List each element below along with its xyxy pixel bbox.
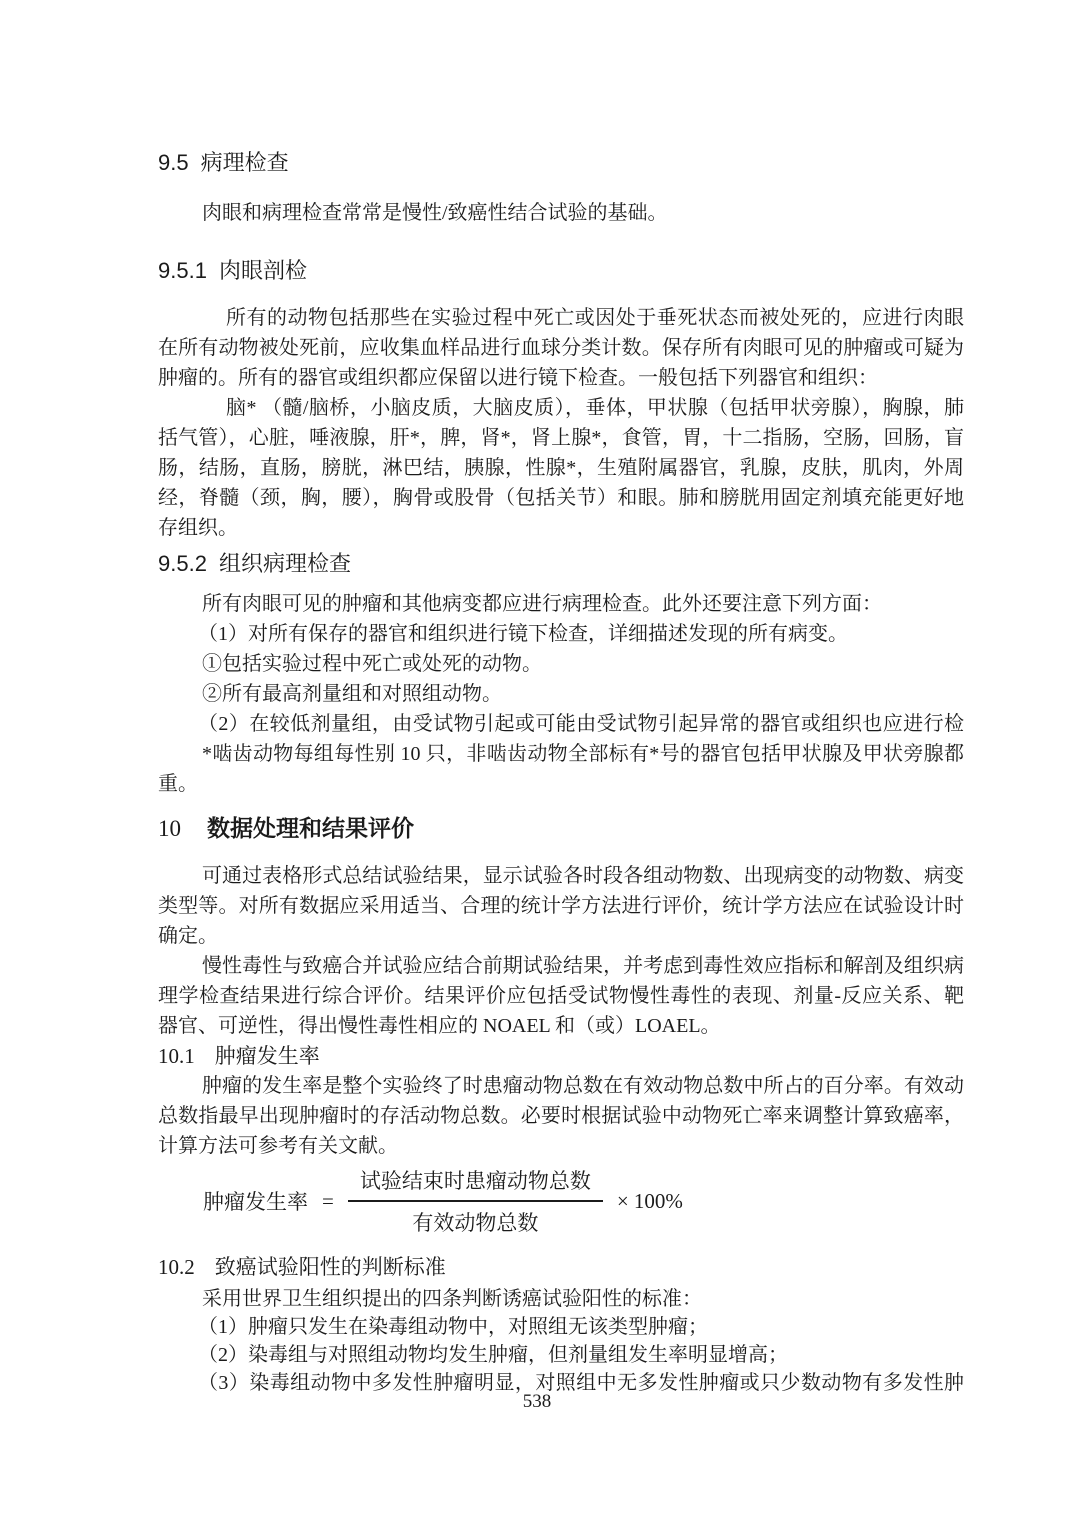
text-line: 脑* （髓/脑桥，小脑皮质，大脑皮质），垂体，甲状腺（包括甲状旁腺），胸腺，肺（…: [158, 393, 964, 423]
text-line: 括气管），心脏，唾液腺，肝*，脾，肾*，肾上腺*，食管，胃，十二指肠，空肠，回肠…: [158, 423, 964, 453]
heading-number: 9.5: [158, 150, 189, 175]
text-line: 所有肉眼可见的肿瘤和其他病变都应进行病理检查。此外还要注意下列方面：: [158, 589, 964, 619]
heading-title: 病理检查: [201, 150, 289, 175]
fraction: 试验结束时患瘤动物总数 有效动物总数: [348, 1165, 603, 1237]
text-line: 肿瘤的发生率是整个实验终了时患瘤动物总数在有效动物总数中所占的百分率。有效动物: [158, 1071, 964, 1101]
heading-title: 组织病理检查: [219, 551, 351, 576]
section-heading-9-5-2: 9.5.2组织病理检查: [158, 549, 964, 579]
text-line: 器官、可逆性，得出慢性毒性相应的 NOAEL 和（或）LOAEL。: [158, 1011, 964, 1041]
text-line: 肿瘤的。所有的器官或组织都应保留以进行镜下检查。一般包括下列器官和组织：: [158, 363, 964, 393]
section-heading-9-5: 9.5病理检查: [158, 148, 964, 178]
heading-number: 9.5.2: [158, 551, 207, 576]
fraction-denominator: 有效动物总数: [348, 1200, 603, 1237]
text-line: （2）染毒组与对照组动物均发生肿瘤，但剂量组发生率明显增高；: [158, 1341, 964, 1369]
paragraph-10-a: 可通过表格形式总结试验结果，显示试验各时段各组动物数、出现病变的动物数、病变 类…: [158, 861, 964, 951]
paragraph-9-5: 肉眼和病理检查常常是慢性/致癌性结合试验的基础。: [158, 198, 964, 228]
text-line: 在所有动物被处死前，应收集血样品进行血球分类计数。保存所有肉眼可见的肿瘤或可疑为: [158, 333, 964, 363]
text-line: *啮齿动物每组每性别 10 只，非啮齿动物全部标有*号的器官包括甲状腺及甲状旁腺…: [158, 739, 964, 769]
text-line: 确定。: [158, 921, 964, 951]
text-line: （1）肿瘤只发生在染毒组动物中，对照组无该类型肿瘤；: [158, 1313, 964, 1341]
equals-sign: =: [322, 1189, 334, 1214]
text-line: 经，脊髓（颈，胸，腰），胸骨或股骨（包括关节）和眼。肺和膀胱用固定剂填充能更好地…: [158, 483, 964, 513]
text-line: 肉眼和病理检查常常是慢性/致癌性结合试验的基础。: [158, 198, 964, 228]
text-line: 所有的动物包括那些在实验过程中死亡或因处于垂死状态而被处死的，应进行肉眼检查。: [158, 303, 964, 333]
text-line: 存组织。: [158, 513, 964, 543]
paragraph-9-5-1: 所有的动物包括那些在实验过程中死亡或因处于垂死状态而被处死的，应进行肉眼检查。 …: [158, 303, 964, 543]
text-line: 类型等。对所有数据应采用适当、合理的统计学方法进行评价，统计学方法应在试验设计时: [158, 891, 964, 921]
paragraph-10-1: 肿瘤的发生率是整个实验终了时患瘤动物总数在有效动物总数中所占的百分率。有效动物 …: [158, 1071, 964, 1161]
heading-number: 9.5.1: [158, 258, 207, 283]
heading-number: 10.2: [158, 1255, 195, 1279]
text-line: 总数指最早出现肿瘤时的存活动物总数。必要时根据试验中动物死亡率来调整计算致癌率，: [158, 1101, 964, 1131]
heading-number: 10.1: [158, 1044, 195, 1068]
heading-number: 10: [158, 816, 181, 841]
text-line: 慢性毒性与致癌合并试验应结合前期试验结果，并考虑到毒性效应指标和解剖及组织病: [158, 951, 964, 981]
heading-title: 数据处理和结果评价: [207, 815, 414, 841]
section-heading-9-5-1: 9.5.1肉眼剖检: [158, 256, 964, 286]
text-line: ②所有最高剂量组和对照组动物。: [158, 679, 964, 709]
text-line: 计算方法可参考有关文献。: [158, 1131, 964, 1161]
text-line: ①包括实验过程中死亡或处死的动物。: [158, 649, 964, 679]
heading-title: 肿瘤发生率: [215, 1044, 320, 1068]
formula-lhs: 肿瘤发生率: [203, 1186, 308, 1216]
text-line: （2）在较低剂量组，由受试物引起或可能由受试物引起异常的器官或组织也应进行检查。: [158, 709, 964, 739]
text-line: 肠，结肠，直肠，膀胱，淋巴结，胰腺，性腺*，生殖附属器官，乳腺，皮肤，肌肉，外周…: [158, 453, 964, 483]
formula-multiplier: × 100%: [617, 1189, 683, 1214]
heading-title: 肉眼剖检: [219, 258, 307, 283]
tumor-incidence-formula: 肿瘤发生率 = 试验结束时患瘤动物总数 有效动物总数 × 100%: [158, 1167, 964, 1235]
section-heading-10-1: 10.1肿瘤发生率: [158, 1041, 964, 1071]
text-line: 可通过表格形式总结试验结果，显示试验各时段各组动物数、出现病变的动物数、病变: [158, 861, 964, 891]
paragraph-9-5-2: 所有肉眼可见的肿瘤和其他病变都应进行病理检查。此外还要注意下列方面： （1）对所…: [158, 589, 964, 799]
text-line: （1）对所有保存的器官和组织进行镜下检查，详细描述发现的所有病变。: [158, 619, 964, 649]
section-heading-10-2: 10.2致癌试验阳性的判断标准: [158, 1252, 964, 1282]
document-page: 9.5病理检查 肉眼和病理检查常常是慢性/致癌性结合试验的基础。 9.5.1肉眼…: [0, 0, 1074, 1520]
fraction-numerator: 试验结束时患瘤动物总数: [348, 1165, 603, 1200]
text-line: 理学检查结果进行综合评价。结果评价应包括受试物慢性毒性的表现、剂量-反应关系、靶: [158, 981, 964, 1011]
text-line: 重。: [158, 769, 964, 799]
paragraph-10-b: 慢性毒性与致癌合并试验应结合前期试验结果，并考虑到毒性效应指标和解剖及组织病 理…: [158, 951, 964, 1041]
paragraph-10-2: 采用世界卫生组织提出的四条判断诱癌试验阳性的标准： （1）肿瘤只发生在染毒组动物…: [158, 1285, 964, 1397]
heading-title: 致癌试验阳性的判断标准: [215, 1255, 446, 1279]
document-content: 9.5病理检查 肉眼和病理检查常常是慢性/致癌性结合试验的基础。 9.5.1肉眼…: [158, 148, 964, 1397]
chapter-heading-10: 10数据处理和结果评价: [158, 811, 964, 845]
text-line: 采用世界卫生组织提出的四条判断诱癌试验阳性的标准：: [158, 1285, 964, 1313]
page-number: 538: [0, 1389, 1074, 1415]
